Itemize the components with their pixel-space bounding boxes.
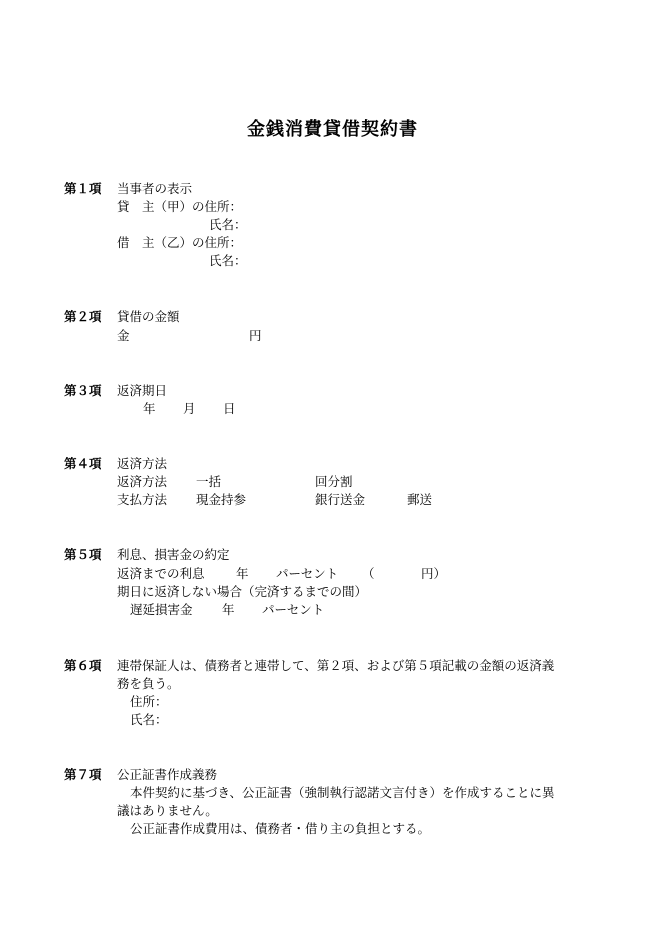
section-6-label: 第６項 [64, 657, 102, 675]
section-4-label: 第４項 [64, 455, 102, 473]
interest-year: 年 [236, 565, 249, 583]
option-lump-sum: 一括 [196, 473, 221, 491]
section-7-label: 第７項 [64, 766, 102, 784]
borrower-name-label: 氏名： [209, 252, 247, 270]
amount-prefix: 金 [117, 327, 130, 345]
repayment-method-label: 返済方法 [117, 473, 167, 491]
borrower-address-label: 借 主（乙）の住所： [117, 234, 242, 252]
interest-label: 返済までの利息 [117, 565, 205, 583]
lender-address-label: 貸 主（甲）の住所： [117, 198, 242, 216]
due-year-label: 年 [143, 400, 156, 418]
section-3-label: 第３項 [64, 382, 102, 400]
payment-method-label: 支払方法 [117, 491, 167, 509]
option-installments: 回分割 [315, 473, 353, 491]
due-month-label: 月 [183, 400, 196, 418]
late-year: 年 [222, 601, 235, 619]
option-bank-transfer: 銀行送金 [315, 491, 365, 509]
late-condition: 期日に返済しない場合（完済するまでの間） [117, 583, 367, 601]
due-day-label: 日 [223, 400, 236, 418]
late-percent: パーセント [262, 601, 324, 619]
section-5-heading: 利息、損害金の約定 [117, 546, 230, 564]
section-4-heading: 返済方法 [117, 455, 167, 473]
notary-clause-line2: 議はありません。 [117, 802, 218, 820]
notary-cost-clause: 公正証書作成費用は、債務者・借り主の負担とする。 [130, 820, 430, 838]
section-1-heading: 当事者の表示 [117, 180, 192, 198]
interest-yen: 円） [421, 565, 446, 583]
section-7-heading: 公正証書作成義務 [117, 766, 217, 784]
document-title: 金銭消費貸借契約書 [0, 115, 665, 141]
amount-suffix: 円 [249, 327, 262, 345]
interest-percent: パーセント [276, 565, 338, 583]
guarantor-address-label: 住所： [130, 693, 168, 711]
section-1-label: 第１項 [64, 180, 102, 198]
section-3-heading: 返済期日 [117, 382, 167, 400]
option-mail: 郵送 [407, 491, 432, 509]
section-2-heading: 貸借の金額 [117, 308, 180, 326]
interest-open-paren: （ [362, 565, 375, 583]
guarantor-clause-line1: 連帯保証人は、債務者と連帯して、第２項、および第５項記載の金額の返済義 [117, 657, 554, 675]
lender-name-label: 氏名： [209, 216, 247, 234]
notary-clause-line1: 本件契約に基づき、公正証書（強制執行認諾文言付き）を作成することに異 [130, 784, 555, 802]
option-cash: 現金持参 [196, 491, 246, 509]
section-2-label: 第２項 [64, 308, 102, 326]
guarantor-clause-line2: 務を負う。 [117, 675, 180, 693]
guarantor-name-label: 氏名： [130, 711, 168, 729]
section-5-label: 第５項 [64, 546, 102, 564]
late-damages-label: 遅延損害金 [130, 601, 193, 619]
